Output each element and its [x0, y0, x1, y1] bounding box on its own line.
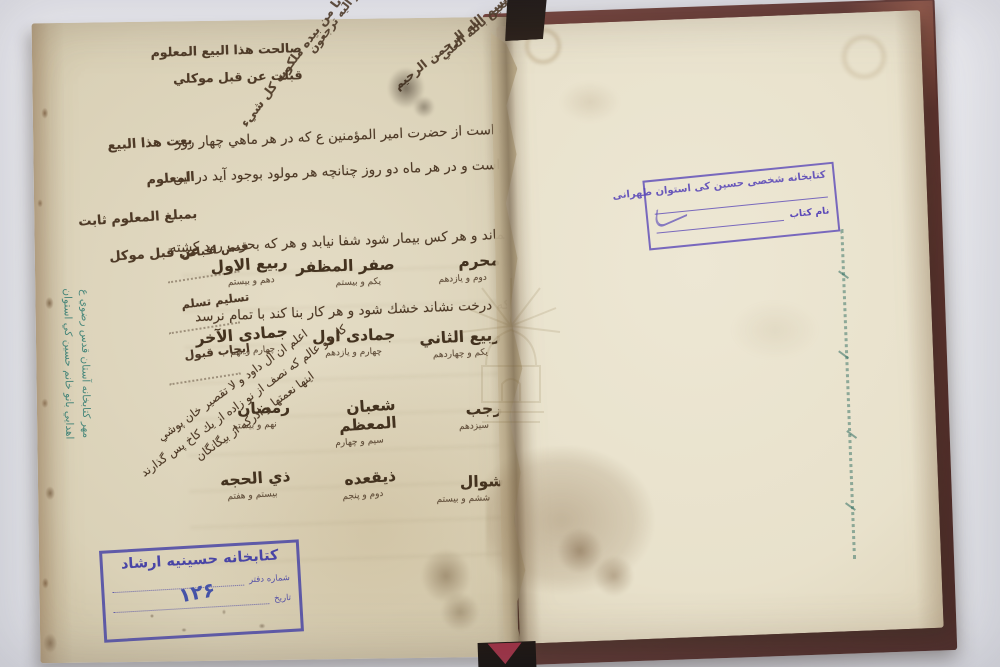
month-name: ربيع الثاني: [395, 326, 502, 349]
red-strap-triangle: [488, 642, 523, 664]
month-name: رجب: [396, 399, 503, 422]
vertical-edge-note-line: مهر كتابخانه آستان قدس رضوي ع: [75, 239, 95, 489]
month-name: شوال: [397, 472, 504, 493]
fore-edge-ink-marks: [840, 229, 864, 559]
right-page: كتابخانه شخصى حسين كى استوان طهرانى نام …: [496, 10, 943, 644]
vertical-edge-note: مهر كتابخانه آستان قدس رضوي ع اهدايي بان…: [58, 239, 95, 489]
manuscript-photograph: صالحت هذا البيع المعلوم قبلت عن قبل موكل…: [0, 0, 1000, 667]
month-days-note: بيستم و هفتم: [185, 489, 277, 505]
bookmark-strap-bottom: [478, 641, 537, 667]
month-name: صفر المظفر: [288, 255, 395, 276]
month-cell: شوالششم و بيستم: [397, 472, 505, 547]
month-days-note: دهم و بيستم: [182, 275, 274, 291]
ershad-library-stamp: كتابخانه حسينيه ارشاد شماره دفتر ۱۲۶ تار…: [99, 539, 304, 642]
month-cell: محرمدوم و يازدهم: [394, 251, 503, 328]
tehrani-library-stamp: كتابخانه شخصى حسين كى استوان طهرانى نام …: [642, 162, 840, 251]
book-name-label: نام كتاب: [789, 205, 830, 220]
left-page: صالحت هذا البيع المعلوم قبلت عن قبل موكل…: [32, 17, 519, 664]
stamp-title: كتابخانه حسينيه ارشاد: [110, 547, 289, 573]
month-cell: رجبسيزدهم: [396, 399, 505, 476]
register-label: شماره دفتر: [249, 573, 291, 585]
bookmark-strap-top: [503, 0, 549, 41]
date-label: تاريخ: [274, 593, 291, 604]
month-days-note: سيزدهم: [397, 421, 489, 435]
month-days-note: دوم و يازدهم: [395, 273, 487, 287]
month-days-note: يكم و بيستم: [289, 277, 381, 290]
month-name: محرم: [394, 251, 501, 274]
month-cell: شعبان المعظمسيم و چهارم: [289, 396, 400, 475]
month-days-note: ششم و بيستم: [398, 493, 490, 506]
vertical-edge-note-line: اهدايي بانو خانم حسين كي استوان: [58, 239, 78, 489]
month-days-note: سيم و چهارم: [292, 435, 384, 451]
month-cell: ذي الحجهبيستم و هفتم: [184, 467, 295, 546]
month-cell: ربيع الثانييكم و چهاردهم: [395, 326, 504, 403]
month-cell: ربيع الاولدهم و بيستم: [181, 253, 292, 332]
month-days-note: يكم و چهاردهم: [396, 348, 488, 362]
month-cell: ذيقعدهدوم و پنجم: [290, 467, 402, 548]
month-name: شعبان المعظم: [289, 396, 397, 439]
